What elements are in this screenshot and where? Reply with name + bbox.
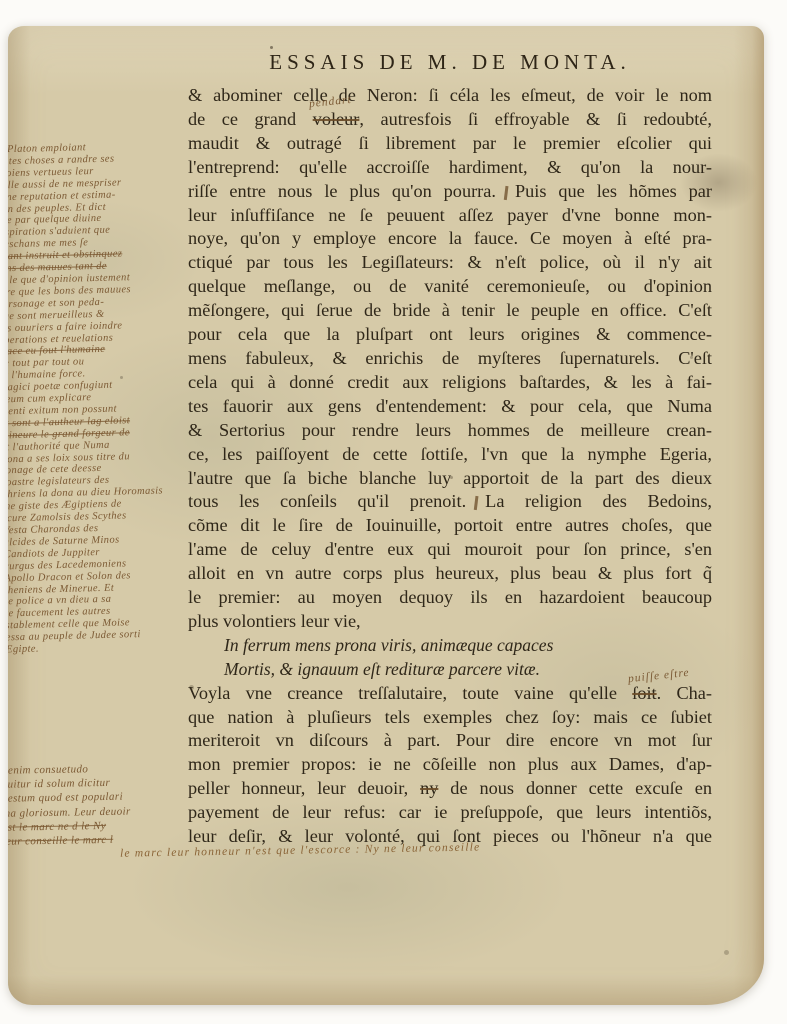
printed-line: l'entreprend: qu'elle accroiſſe hardimen… — [188, 156, 712, 180]
photo-backdrop: ESSAIS DE M. DE MONTA. & abominer celle … — [0, 0, 787, 1024]
printed-line: & Sertorius pour rendre leurs hommes de … — [188, 419, 712, 443]
printed-line: leur inſuffiſance ne ſe peuuent aſſez pa… — [188, 204, 712, 228]
printed-line: cõme dit le ſire de Iouinuille, portoit … — [188, 514, 712, 538]
margin-annotations-main: Et Platon emploianttoutes choses a randr… — [8, 140, 202, 657]
printed-line: noye, qu'on y employe encore la fauce. C… — [188, 227, 712, 251]
printed-line: cela qui à donné credit aux religions ba… — [188, 371, 712, 395]
struck-word: ny — [420, 778, 438, 798]
printed-line: le premier: au moyen dequoy ils en hazar… — [188, 586, 712, 610]
printed-line: In ferrum mens prona viris, animæque cap… — [188, 634, 712, 658]
printed-line: mẽſongere, qui ſerue de bride à tenir le… — [188, 299, 712, 323]
printed-line: l'autre que ſa biche blanche luy apporto… — [188, 467, 712, 491]
printed-line: maudit & outragé ſi librement par le pre… — [188, 132, 712, 156]
printed-line: Voyla vne creance treſſalutaire, toute v… — [188, 682, 712, 706]
printed-line: peller honneur, leur deuoir, ny de nous … — [188, 777, 712, 801]
margin-annotations-lower: t enim consuetudoquitur id solum dicitur… — [8, 760, 203, 849]
handwritten-section-mark — [474, 496, 479, 510]
printed-line: alloit en vn autre corps plus heureux, p… — [188, 562, 712, 586]
printed-line: l'ame de celuy d'entre eux qui mouroit p… — [188, 538, 712, 562]
book-page: ESSAIS DE M. DE MONTA. & abominer celle … — [8, 26, 764, 1005]
running-header: ESSAIS DE M. DE MONTA. — [188, 50, 712, 75]
handwritten-section-mark — [504, 185, 509, 199]
printed-line: tes fauorir aux gens d'entendement: & po… — [188, 395, 712, 419]
printed-line: plus volontiers leur vie, — [188, 610, 712, 634]
printed-line: meriteroit vn diſcours à part. Pour dire… — [188, 729, 712, 753]
printed-line: riſſe entre nous le plus qu'on pourra.Pu… — [188, 180, 712, 204]
printed-line: que nation à pluſieurs tels exemples che… — [188, 706, 712, 730]
printed-line: & abominer celle de Neron: ſi céla les e… — [188, 84, 712, 108]
paper-specks — [270, 46, 273, 49]
printed-line: quelque meſlange, ou de vanité ceremonie… — [188, 275, 712, 299]
printed-line: tous les conſeils qu'il prenoit.La relig… — [188, 490, 712, 514]
printed-line: ctiqué par tous les Legiſlateurs: & n'eſ… — [188, 251, 712, 275]
struck-word: ſoitpuiſſe eſtre — [632, 683, 656, 703]
interlinear-correction: pendart — [308, 95, 352, 110]
printed-line: mens fabuleux, & enrichis de myſteres ſu… — [188, 347, 712, 371]
printed-line: ce, les paiſſoyent de cette ſottiſe, l'v… — [188, 443, 712, 467]
printed-text-block: & abominer celle de Neron: ſi céla les e… — [188, 84, 712, 849]
printed-line: mon premier propos: ie ne cõſeille non p… — [188, 753, 712, 777]
printed-line: payement de leur refus: car ie preſuppoſ… — [188, 801, 712, 825]
struck-word: voleurpendart — [313, 109, 360, 129]
printed-line: de ce grand voleurpendart, autresfois ſi… — [188, 108, 712, 132]
printed-line: pour cela que la pluſpart ont leurs orig… — [188, 323, 712, 347]
